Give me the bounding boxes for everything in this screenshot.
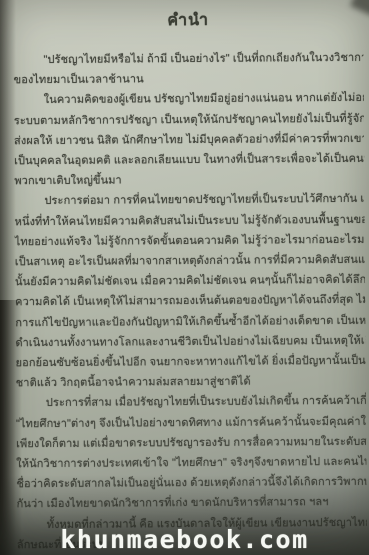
text-line: ระบบตามหลักวิชาการปรัชญา เป็นเหตุให้นักป… xyxy=(14,108,364,131)
text-line: "ปรัชญาไทยมีหรือไม่ ถ้ามี เป็นอย่างไร" เ… xyxy=(13,48,363,71)
paragraphs: "ปรัชญาไทยมีหรือไม่ ถ้ามี เป็นอย่างไร" เ… xyxy=(13,48,367,555)
text-line: เป็นสาเหตุ อะไรเป็นผลที่มาจากสาเหตุดังกล… xyxy=(15,250,365,273)
text-line: ยอกย้อนซับซ้อนยิ่งขึ้นไปอีก จนยากจะหาทาง… xyxy=(16,351,366,374)
text-line: ประการต่อมา การที่คนไทยขาดปรัชญาไทยที่เป… xyxy=(14,189,364,212)
text-line: ของไทยมาเป็นเวลาช้านาน xyxy=(14,68,364,91)
text-line: ชื่อว่าคิดระดับสากลไม่เป็นอยู่นั่นเอง ด้… xyxy=(16,472,366,495)
page-title: คำนำ xyxy=(13,7,363,34)
watermark: khunmaebook.com xyxy=(0,525,369,554)
text-line: กันว่า เมืองไทยขาดนักวิชาการที่เก่ง ขาดน… xyxy=(16,492,366,515)
text-line: เป็นบุคคลในอุดมคติ และลอกเลียนแบบ ในทางท… xyxy=(14,149,364,172)
book-page-photo: คำนำ "ปรัชญาไทยมีหรือไม่ ถ้ามี เป็นอย่าง… xyxy=(0,0,369,555)
paragraph: "ปรัชญาไทยมีหรือไม่ ถ้ามี เป็นอย่างไร" เ… xyxy=(13,48,363,91)
text-line: นั้นยังมีความคิดไม่ชัดเจน เมื่อความคิดไม… xyxy=(15,270,365,293)
text-line: ความคิดได้ เป็นเหตุให้ไม่สามารถมองเห็นต้… xyxy=(15,290,365,313)
text-line: พวกเขาเติบใหญ่ขึ้นมา xyxy=(14,169,364,192)
text-line: ส่งผลให้ เยาวชน นิสิต นักศึกษาไทย ไม่มีบ… xyxy=(14,129,364,152)
text-line: ในความคิดของผู้เขียน ปรัชญาไทยมีอยู่อย่า… xyxy=(14,88,364,111)
text-line: เพียงใดก็ตาม แต่เมื่อขาดระบบปรัชญารองรับ… xyxy=(16,432,366,455)
text-line: ดำเนินงานทั้งงานทางโลกและงานชีวิตเป็นไปอ… xyxy=(15,331,365,354)
text-line: ให้นักวิชาการต่างประเทศเข้าใจ "ไทยศึกษา"… xyxy=(16,452,366,475)
text-line: ไทยอย่างแท้จริง ไม่รู้จักการจัดขั้นตอนคว… xyxy=(15,230,365,253)
text-line: การแก้ไขปัญหาและป้องกันปัญหามิให้เกิดขึ้… xyxy=(15,310,365,333)
text-line: "ไทยศึกษา"ต่างๆ จึงเป็นไปอย่างขาดทิศทาง … xyxy=(16,411,366,434)
text-line: หนึ่งที่ทำให้คนไทยมีความคิดสับสนไม่เป็นร… xyxy=(15,209,365,232)
paragraph: ประการที่สาม เมื่อปรัชญาไทยที่เป็นระบบยั… xyxy=(16,391,367,515)
paragraph: ประการต่อมา การที่คนไทยขาดปรัชญาไทยที่เป… xyxy=(14,189,365,393)
text-line: ประการที่สาม เมื่อปรัชญาไทยที่เป็นระบบยั… xyxy=(16,391,366,414)
text-line: ชาติแล้ว วิกฤตนี้อาจนำความล่มสลายมาสู่ชา… xyxy=(16,371,366,394)
paragraph: ในความคิดของผู้เขียน ปรัชญาไทยมีอยู่อย่า… xyxy=(14,88,365,191)
page-content: คำนำ "ปรัชญาไทยมีหรือไม่ ถ้ามี เป็นอย่าง… xyxy=(13,5,367,555)
